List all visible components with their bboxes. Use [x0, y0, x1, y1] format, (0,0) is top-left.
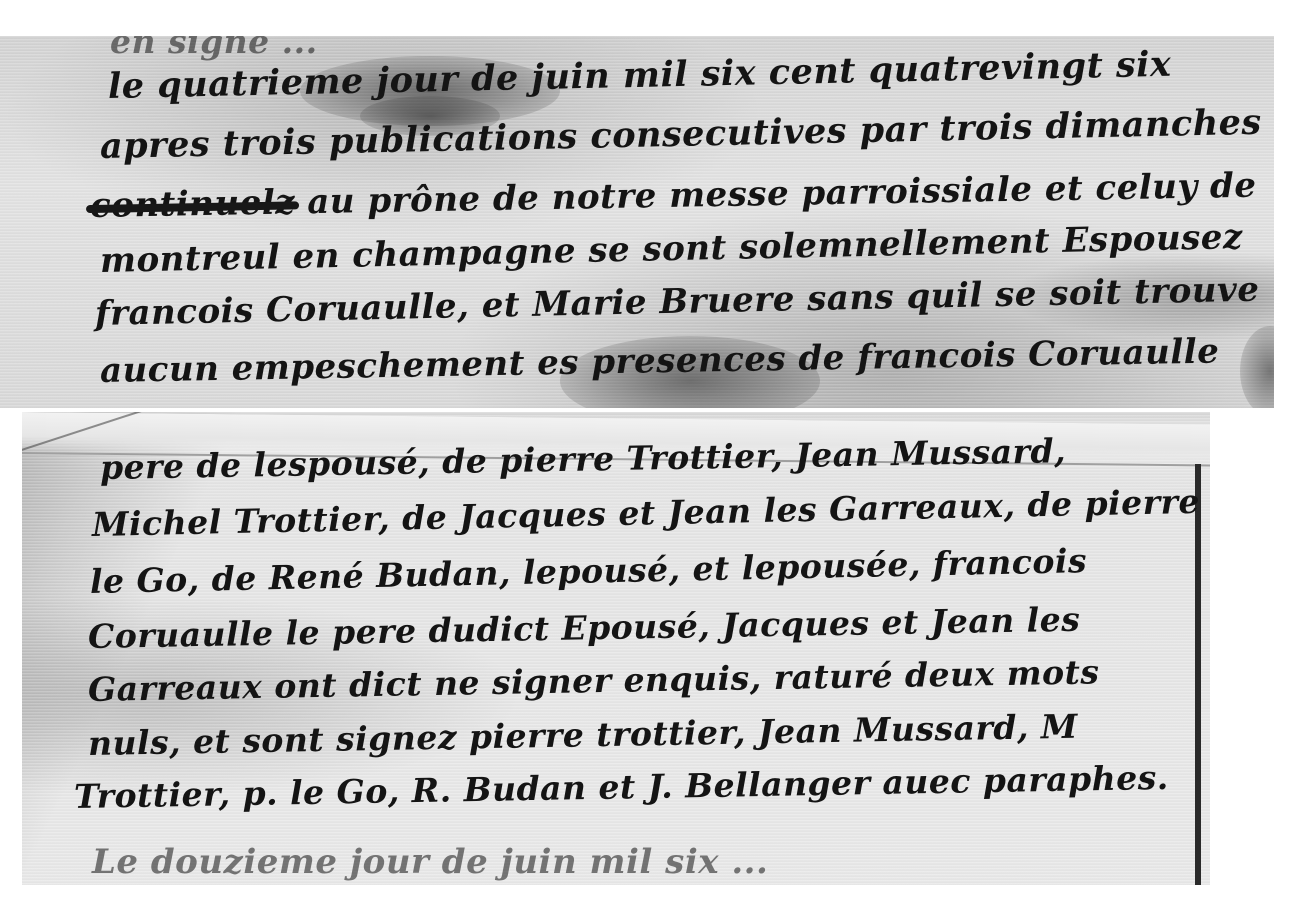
manuscript-fragment-bottom: pere de lespousé, de pierre Trottier, Je…	[22, 412, 1210, 885]
text-block-bottom: pere de lespousé, de pierre Trottier, Je…	[22, 412, 1210, 885]
text-line: nuls, et sont signez pierre trottier, Je…	[88, 707, 1079, 763]
text-line: francois Coruaulle, et Marie Bruere sans…	[95, 270, 1260, 334]
text-line: Coruaulle le pere dudict Epousé, Jacques…	[88, 600, 1081, 656]
text-line: le Go, de René Budan, lepousé, et lepous…	[90, 541, 1088, 601]
text-line: montreul en champagne se sont solemnelle…	[100, 217, 1244, 281]
text-line: Michel Trottier, de Jacques et Jean les …	[92, 482, 1201, 544]
text-line-cutoff: en signe ...	[110, 36, 318, 61]
text-line: aucun empeschement es presences de franc…	[100, 331, 1220, 391]
text-line: apres trois publications consecutives pa…	[100, 102, 1262, 167]
text-line-with-strikethrough: continuelz au prône de notre messe parro…	[90, 166, 1257, 226]
text-block-top: en signe ... le quatrieme jour de juin m…	[0, 36, 1274, 408]
text-line-remainder: au prône de notre messe parroissiale et …	[295, 166, 1257, 223]
text-line: Garreaux ont dict ne signer enquis, ratu…	[88, 652, 1100, 709]
text-line-cutoff: Le douzieme jour de juin mil six ...	[92, 842, 768, 882]
text-line: Trottier, p. le Go, R. Budan et J. Bella…	[74, 758, 1169, 816]
text-line: pere de lespousé, de pierre Trottier, Je…	[100, 431, 1067, 487]
struck-word: continuelz	[90, 182, 296, 226]
manuscript-fragment-top: en signe ... le quatrieme jour de juin m…	[0, 36, 1274, 408]
